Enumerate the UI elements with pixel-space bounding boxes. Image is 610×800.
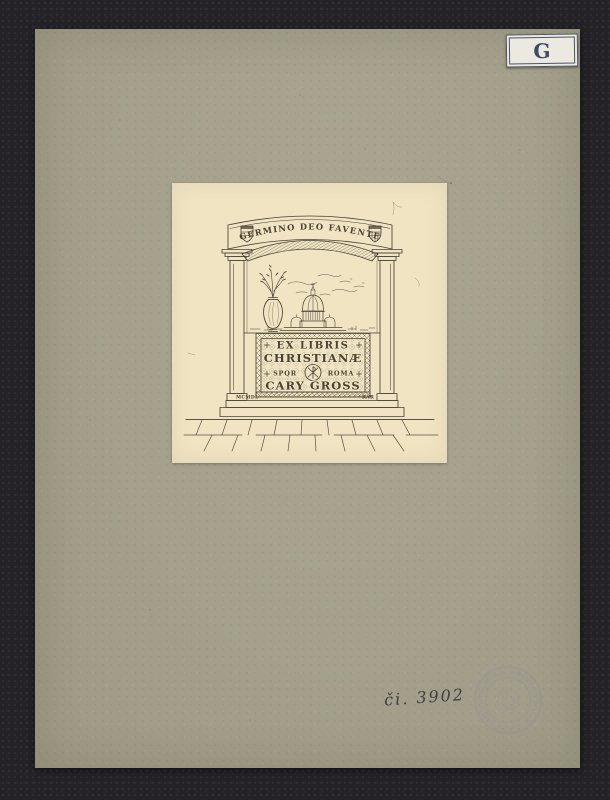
clouds-illustration	[288, 274, 364, 295]
ex-libris-text: EX LIBRIS	[277, 341, 350, 352]
pilaster-left	[227, 261, 247, 401]
collection-label: G	[506, 33, 578, 67]
bookplate-paper: GERMINO DEO FAVENTE EX LIBRIS CHRISTIANÆ…	[172, 183, 447, 463]
roma-text: ROMA	[328, 370, 355, 378]
year-roman-text: MCMDL	[236, 395, 259, 401]
base-plinth	[220, 401, 404, 417]
collection-label-letter: G	[509, 37, 575, 65]
arch-band	[242, 241, 378, 262]
bookplate-etching: GERMINO DEO FAVENTE EX LIBRIS CHRISTIANÆ…	[172, 183, 447, 463]
artist-monogram-text: KAR	[362, 395, 374, 401]
vase-illustration	[260, 265, 286, 331]
pilaster-right	[377, 261, 397, 401]
arch-illustration	[184, 202, 438, 451]
scene-view	[250, 265, 375, 331]
pavement-illustration	[184, 420, 438, 452]
owner-name-line2: CARY GROSS	[265, 379, 360, 393]
owner-name-line1: CHRISTIANÆ	[264, 351, 363, 365]
photo-backdrop: GERMINO DEO FAVENTE EX LIBRIS CHRISTIANÆ…	[0, 0, 610, 800]
spqr-text: SPQR	[273, 370, 297, 378]
